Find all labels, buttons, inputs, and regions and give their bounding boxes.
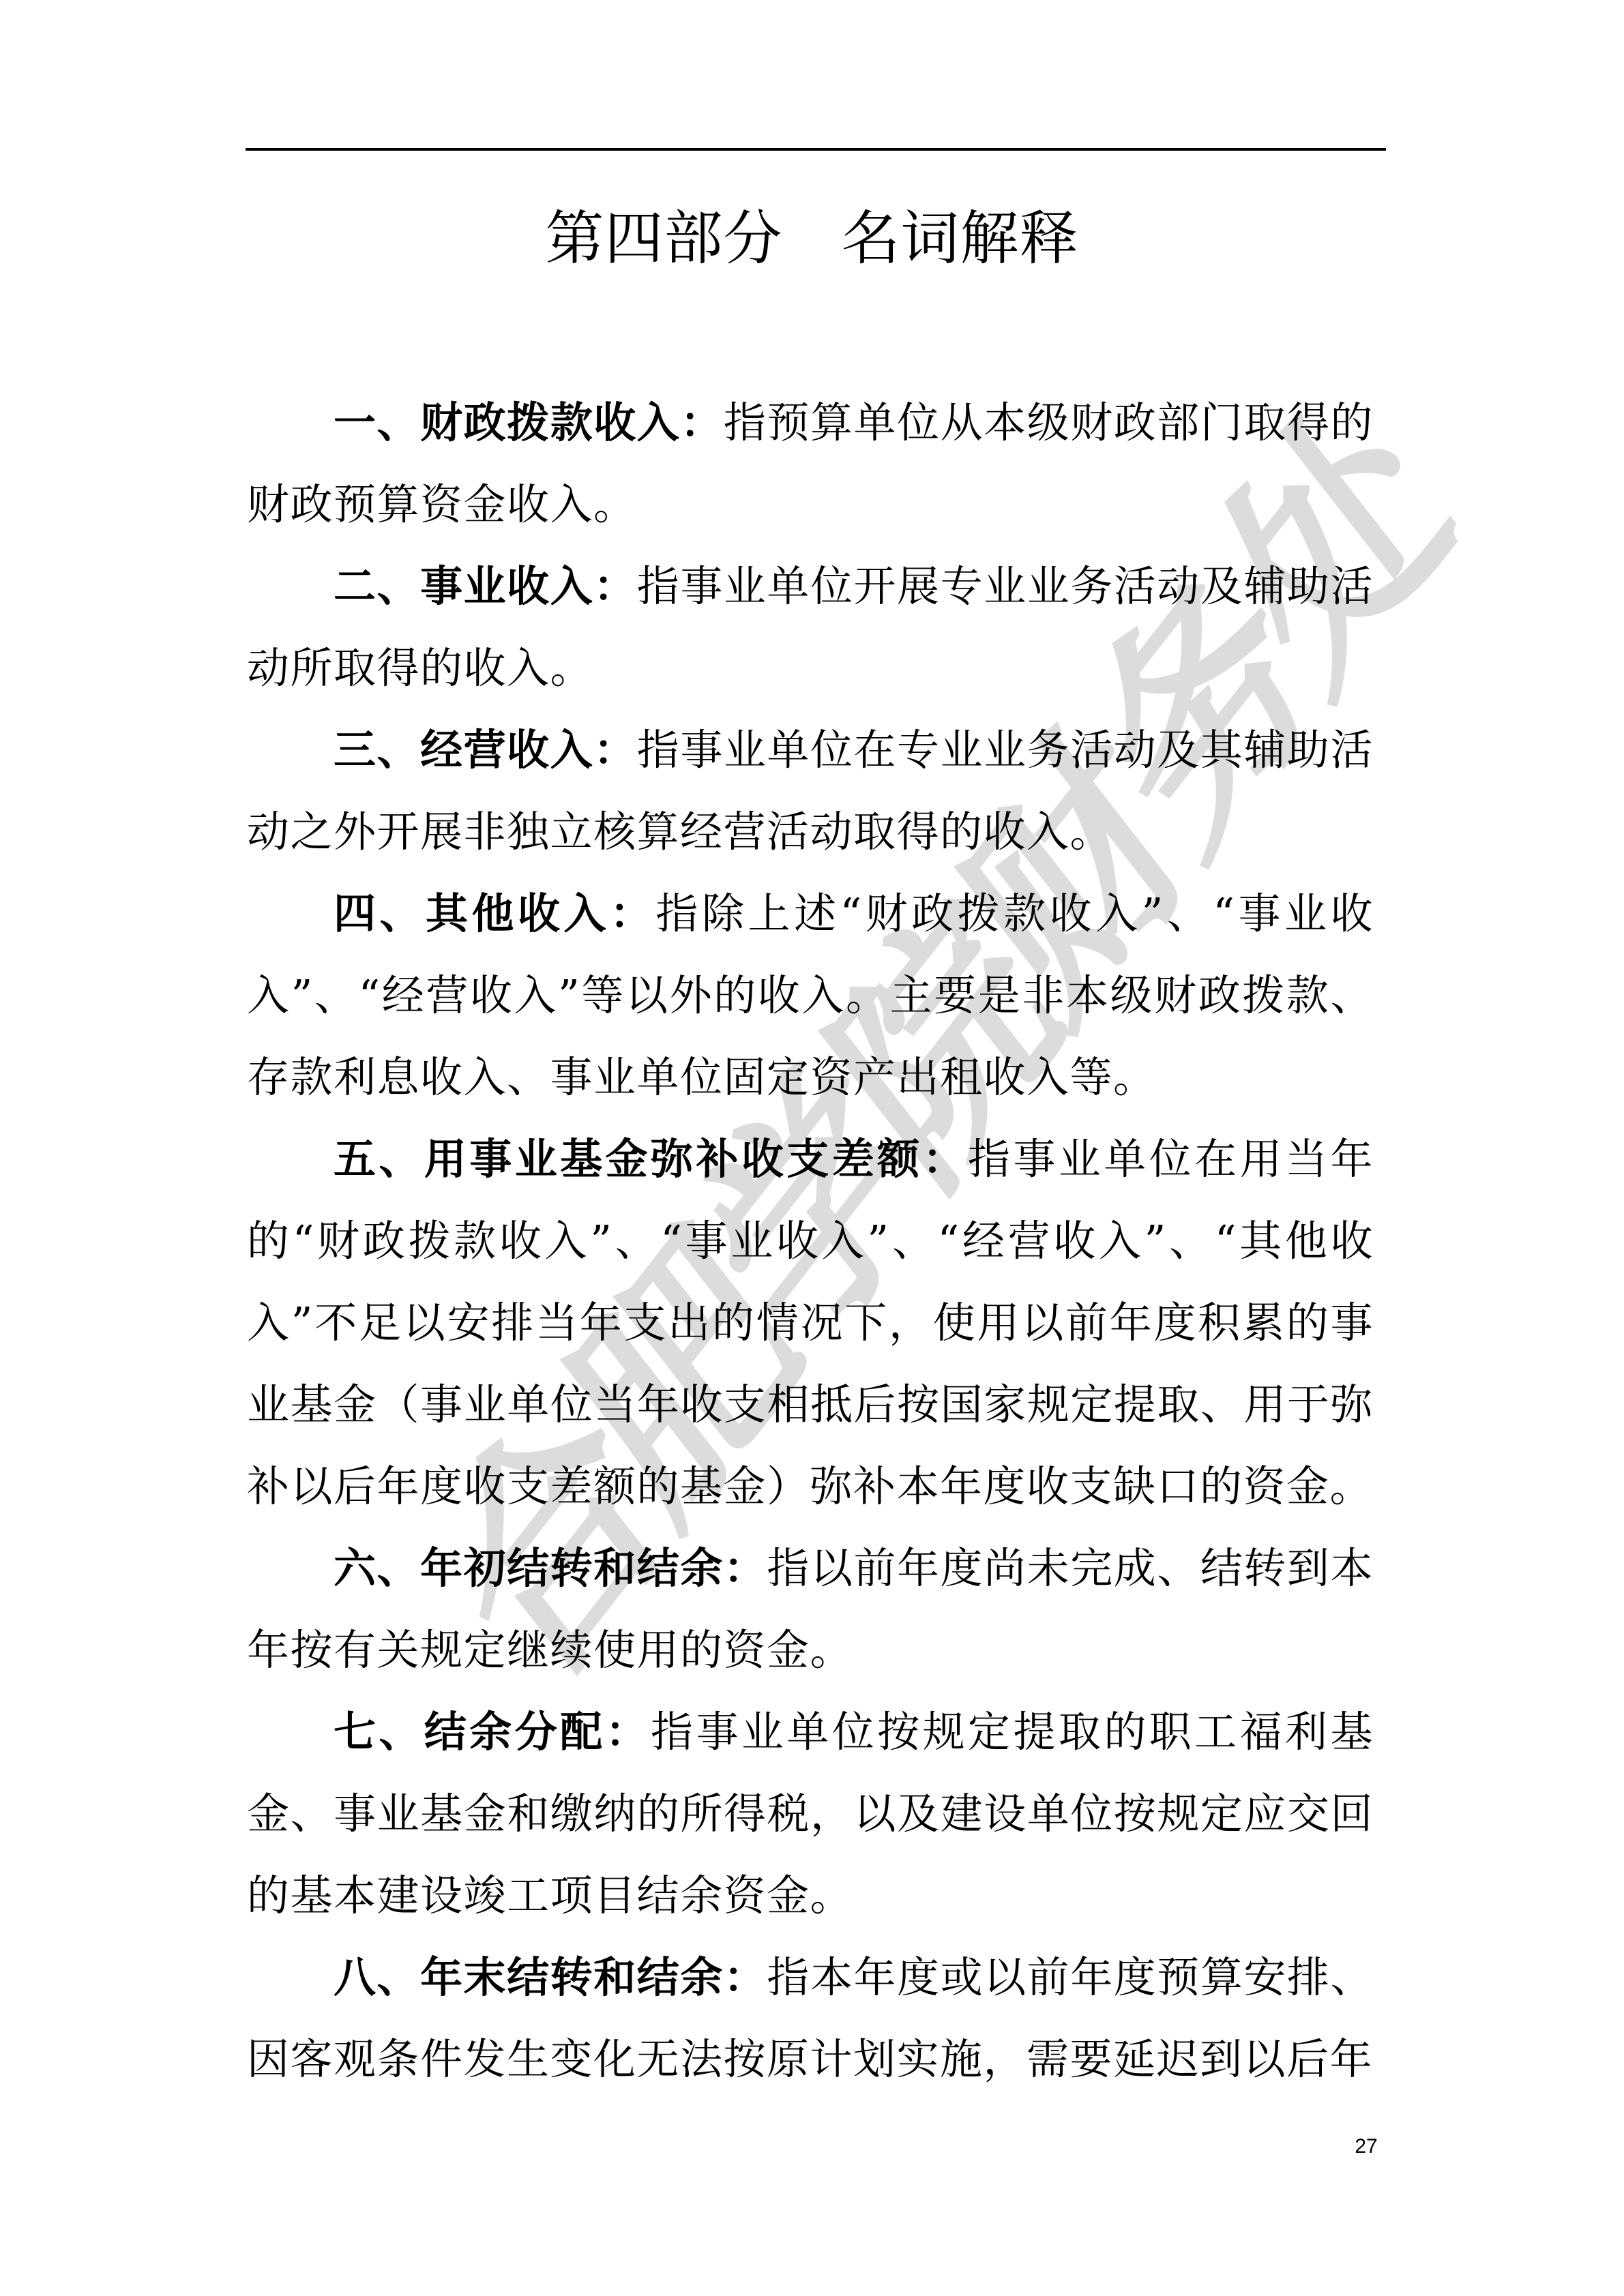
term-label: 五、用事业基金弥补收支差额：	[334, 1134, 968, 1184]
term-label: 二、事业收入：	[334, 561, 637, 611]
glossary-entry-2: 二、事业收入：指事业单位开展专业业务活动及辅助活动所取得的收入。	[247, 546, 1374, 709]
glossary-entry-8: 八、年末结转和结余：指本年度或以前年度预算安排、因客观条件发生变化无法按原计划实…	[247, 1937, 1374, 2100]
page-title: 第四部分名词解释	[0, 198, 1624, 280]
term-label: 七、结余分配：	[334, 1707, 651, 1757]
title-name: 名词解释	[842, 205, 1079, 273]
glossary-body: 一、财政拨款收入：指预算单位从本级财政部门取得的财政预算资金收入。 二、事业收入…	[247, 382, 1374, 2100]
glossary-entry-1: 一、财政拨款收入：指预算单位从本级财政部门取得的财政预算资金收入。	[247, 382, 1374, 546]
term-label: 三、经营收入：	[334, 725, 637, 775]
glossary-entry-6: 六、年初结转和结余：指以前年度尚未完成、结转到本年按有关规定继续使用的资金。	[247, 1527, 1374, 1691]
term-label: 四、其他收入：	[334, 889, 655, 938]
document-page: 第四部分名词解释 合肥学院财务处 一、财政拨款收入：指预算单位从本级财政部门取得…	[0, 0, 1624, 2296]
term-label: 一、财政拨款收入：	[334, 398, 724, 447]
page-number: 27	[1342, 2133, 1390, 2160]
glossary-entry-3: 三、经营收入：指事业单位在专业业务活动及其辅助活动之外开展非独立核算经营活动取得…	[247, 709, 1374, 873]
header-rule	[246, 148, 1386, 151]
glossary-entry-4: 四、其他收入：指除上述“财政拨款收入”、“事业收入”、“经营收入”等以外的收入。…	[247, 873, 1374, 1118]
term-label: 八、年末结转和结余：	[334, 1952, 767, 2002]
term-definition: 指事业单位在用当年的“财政拨款收入”、“事业收入”、“经营收入”、“其他收入”不…	[247, 1134, 1374, 1511]
glossary-entry-7: 七、结余分配：指事业单位按规定提取的职工福利基金、事业基金和缴纳的所得税，以及建…	[247, 1691, 1374, 1937]
glossary-entry-5: 五、用事业基金弥补收支差额：指事业单位在用当年的“财政拨款收入”、“事业收入”、…	[247, 1118, 1374, 1527]
title-part: 第四部分	[546, 205, 783, 273]
term-label: 六、年初结转和结余：	[334, 1543, 767, 1593]
